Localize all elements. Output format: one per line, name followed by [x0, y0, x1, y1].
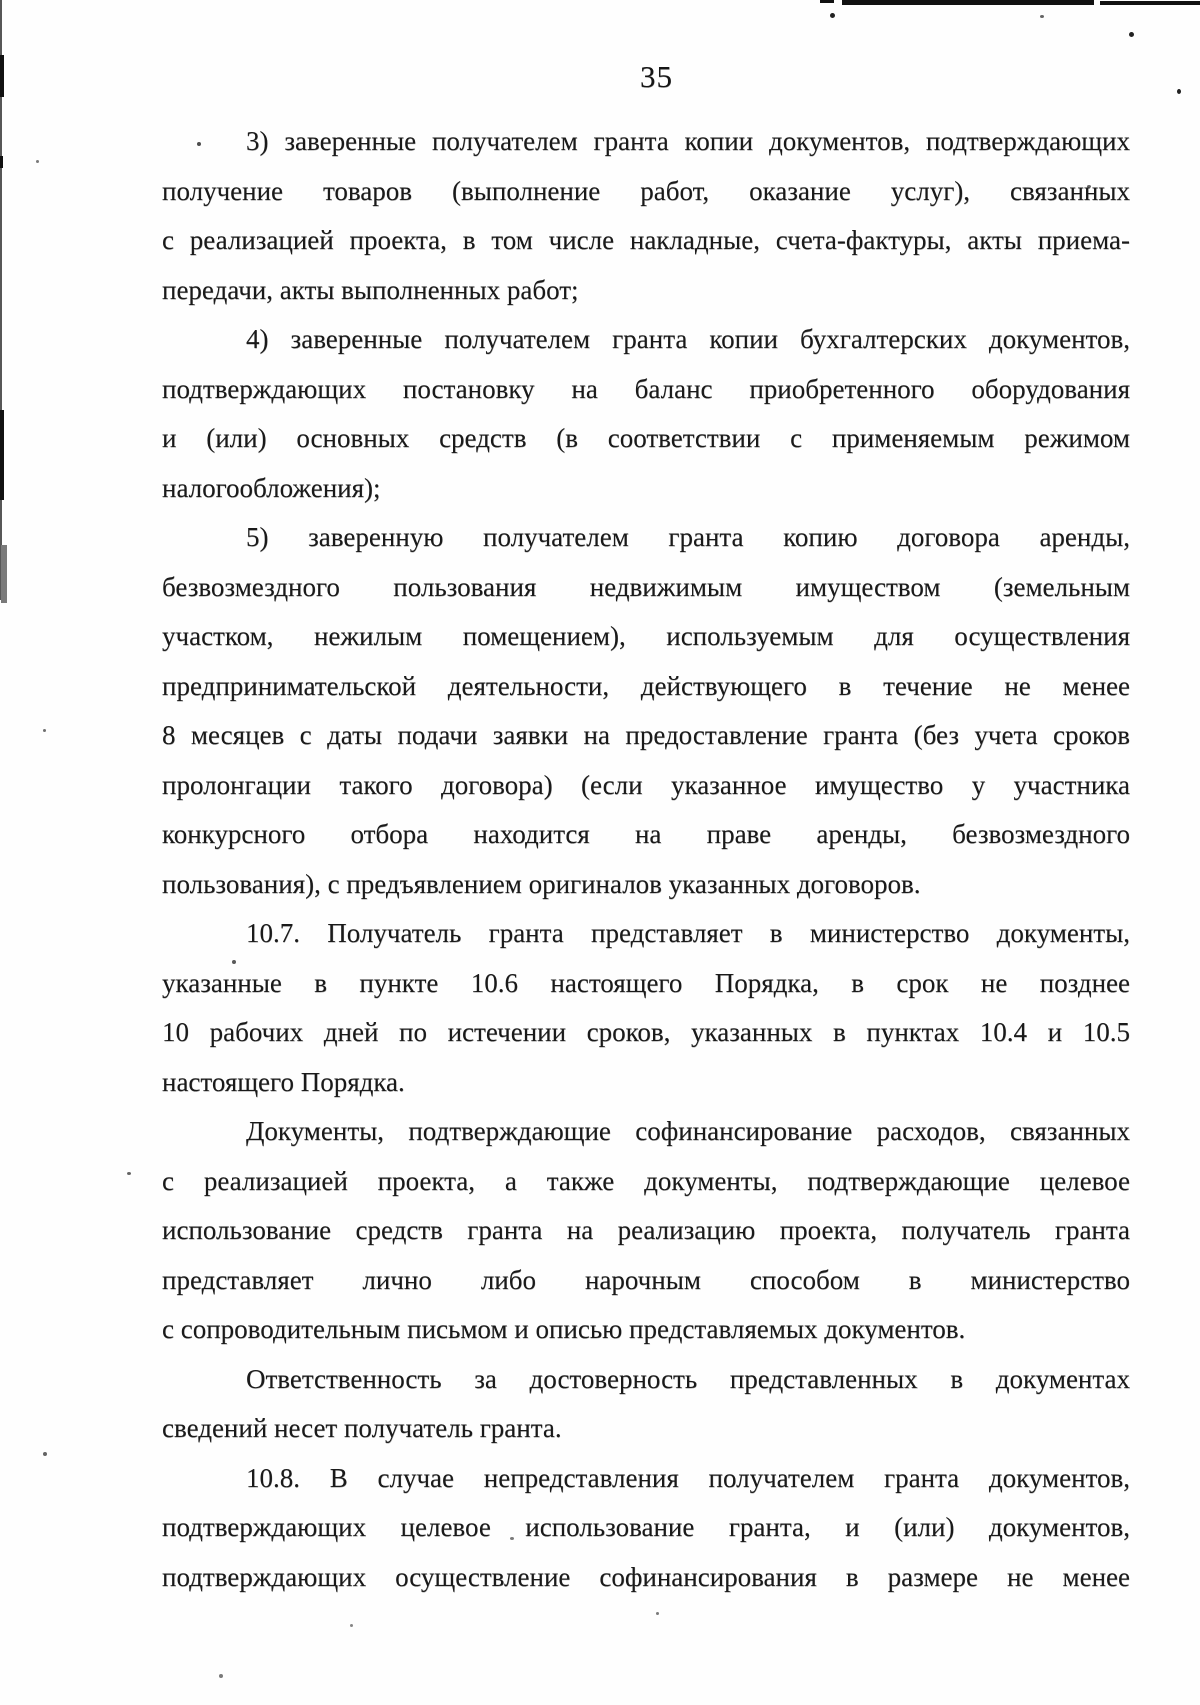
paragraph-line: участком, нежилым помещением), используе…	[162, 612, 1130, 662]
scan-speck	[1040, 15, 1044, 18]
scan-artifact-top-line	[842, 0, 1094, 5]
scan-speck	[830, 13, 835, 18]
paragraph-line: с сопроводительным письмом и описью пред…	[162, 1305, 1130, 1355]
scan-artifact-top-line	[1100, 1, 1200, 5]
document-body: 3) заверенные получателем гранта копии д…	[162, 117, 1130, 1602]
scan-speck	[656, 1612, 659, 1615]
paragraph-item-4: 4) заверенные получателем гранта копии б…	[162, 315, 1130, 513]
scan-speck	[36, 160, 39, 163]
paragraph-responsibility: Ответственность за достоверность предста…	[162, 1355, 1130, 1454]
paragraph-line: 5) заверенную получателем гранта копию д…	[162, 513, 1130, 563]
scan-artifact-left-edge	[0, 156, 3, 168]
paragraph-line: пользования), с предъявлением оригиналов…	[162, 860, 1130, 910]
paragraph-line: передачи, акты выполненных работ;	[162, 266, 1130, 316]
scanned-document-page: 35 3) заверенные получателем гранта копи…	[0, 0, 1200, 1705]
paragraph-cofinancing-documents: Документы, подтверждающие софинансирован…	[162, 1107, 1130, 1355]
scan-speck	[43, 729, 46, 732]
scan-speck	[1177, 89, 1181, 94]
scan-artifact-top-line	[820, 0, 834, 3]
scan-speck	[219, 1674, 223, 1678]
scan-speck	[1129, 32, 1134, 37]
paragraph-line: 10.8. В случае непредставления получател…	[162, 1454, 1130, 1504]
paragraph-line: представляет лично либо нарочным способо…	[162, 1256, 1130, 1306]
paragraph-line: налогообложения);	[162, 464, 1130, 514]
paragraph-line: подтверждающих целевое использование гра…	[162, 1503, 1130, 1553]
paragraph-line: 4) заверенные получателем гранта копии б…	[162, 315, 1130, 365]
paragraph-line: 10 рабочих дней по истечении сроков, ука…	[162, 1008, 1130, 1058]
paragraph-clause-10-7: 10.7. Получатель гранта представляет в м…	[162, 909, 1130, 1107]
paragraph-line: 3) заверенные получателем гранта копии д…	[162, 117, 1130, 167]
paragraph-line: конкурсного отбора находится на праве ар…	[162, 810, 1130, 860]
scan-speck	[43, 1452, 47, 1456]
paragraph-line: использование средств гранта на реализац…	[162, 1206, 1130, 1256]
page-number: 35	[640, 59, 673, 95]
paragraph-line: 8 месяцев с даты подачи заявки на предос…	[162, 711, 1130, 761]
paragraph-line: сведений несет получатель гранта.	[162, 1404, 1130, 1454]
paragraph-line: и (или) основных средств (в соответствии…	[162, 414, 1130, 464]
scan-artifact-left-edge	[0, 55, 4, 97]
paragraph-line: получение товаров (выполнение работ, ока…	[162, 167, 1130, 217]
paragraph-line: указанные в пункте 10.6 настоящего Поряд…	[162, 959, 1130, 1009]
paragraph-item-5: 5) заверенную получателем гранта копию д…	[162, 513, 1130, 909]
paragraph-line: с реализацией проекта, а также документы…	[162, 1157, 1130, 1207]
paragraph-line: пролонгации такого договора) (если указа…	[162, 761, 1130, 811]
paragraph-line: Документы, подтверждающие софинансирован…	[162, 1107, 1130, 1157]
paragraph-line: 10.7. Получатель гранта представляет в м…	[162, 909, 1130, 959]
scan-artifact-left-edge	[0, 410, 4, 500]
paragraph-clause-10-8: 10.8. В случае непредставления получател…	[162, 1454, 1130, 1603]
scan-speck	[127, 1172, 131, 1175]
paragraph-line: подтверждающих постановку на баланс прио…	[162, 365, 1130, 415]
paragraph-item-3: 3) заверенные получателем гранта копии д…	[162, 117, 1130, 315]
paragraph-line: предпринимательской деятельности, действ…	[162, 662, 1130, 712]
scan-artifact-left-edge	[1, 545, 7, 603]
paragraph-line: Ответственность за достоверность предста…	[162, 1355, 1130, 1405]
paragraph-line: настоящего Порядка.	[162, 1058, 1130, 1108]
paragraph-line: подтверждающих осуществление софинансиро…	[162, 1553, 1130, 1603]
paragraph-line: безвозмездного пользования недвижимым им…	[162, 563, 1130, 613]
paragraph-line: с реализацией проекта, в том числе накла…	[162, 216, 1130, 266]
scan-speck	[350, 1624, 353, 1627]
